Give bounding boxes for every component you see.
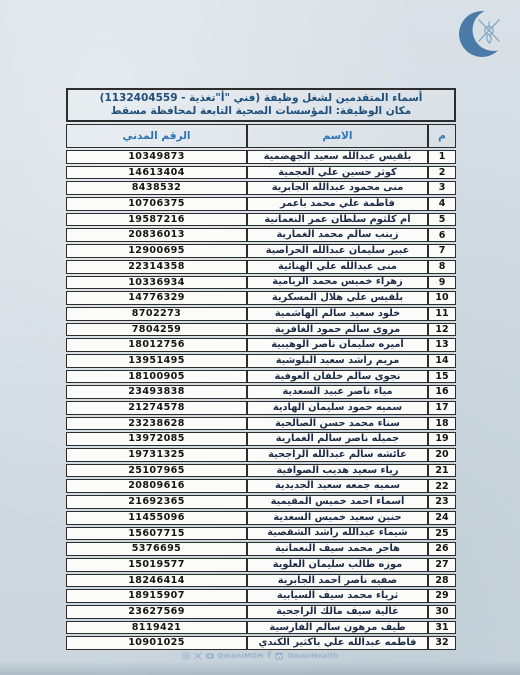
table-row: 15 نجوى سالم خلفان العوفية 18100905: [66, 370, 456, 384]
row-number: 32: [428, 636, 456, 650]
row-civil-id: 11455096: [66, 511, 247, 525]
table-row: 25 شيماء عبدالله راشد الشقصية 15607715: [66, 527, 456, 541]
table-row: 3 منى محمود عبدالله الجابرية 8438532: [66, 181, 456, 195]
linkedin-icon: [275, 652, 283, 660]
table-row: 12 مروى سالم حمود الغافرية 7804259: [66, 323, 456, 337]
table-row: 20 عائشه سالم عبدالله الراجحية 19731325: [66, 448, 456, 462]
row-civil-id: 10901025: [66, 636, 247, 650]
column-header-civil-id: الرقم المدني: [66, 124, 247, 148]
instagram-icon: [182, 652, 190, 660]
row-name: مريم راشد سعيد البلوشية: [247, 354, 428, 368]
row-name: صفيه ناصر احمد الجابرية: [247, 574, 428, 588]
row-civil-id: 20836013: [66, 228, 247, 242]
row-name: عائشه سالم عبدالله الراجحية: [247, 448, 428, 462]
row-number: 3: [428, 181, 456, 195]
row-name: بلقيس علي هلال المسكرية: [247, 291, 428, 305]
row-number: 17: [428, 401, 456, 415]
row-number: 25: [428, 527, 456, 541]
row-civil-id: 19731325: [66, 448, 247, 462]
row-civil-id: 25107965: [66, 464, 247, 478]
table-row: 1 بلقيس عبدالله سعيد الجهضمية 10349873: [66, 150, 456, 164]
row-name: أسماء احمد خميس المقيمية: [247, 495, 428, 509]
table-row: 11 خلود سعيد سالم الهاشمية 8702273: [66, 307, 456, 321]
row-number: 7: [428, 244, 456, 258]
document-title-box: أسماء المتقدمين لشغل وظيفة (فني "أ"تغذية…: [66, 88, 456, 122]
row-number: 13: [428, 338, 456, 352]
moh-oman-logo: [458, 7, 511, 60]
table-row: 6 زينب سالم محمد الغمارية 20836013: [66, 228, 456, 242]
table-row: 8 منى عبدالله علي الهنائية 22314358: [66, 260, 456, 274]
table-row: 5 أم كلثوم سلطان عمر النعمانية 19587216: [66, 213, 456, 227]
row-number: 19: [428, 432, 456, 446]
row-civil-id: 7804259: [66, 323, 247, 337]
row-civil-id: 18246414: [66, 574, 247, 588]
row-number: 18: [428, 417, 456, 431]
row-number: 1: [428, 150, 456, 164]
youtube-icon: [206, 652, 214, 660]
table-row: 7 عبير سليمان عبدالله الحراصية 12900695: [66, 244, 456, 258]
table-row: 2 كوثر حسين علي العجمية 14613404: [66, 166, 456, 180]
row-number: 4: [428, 197, 456, 211]
row-civil-id: 21692365: [66, 495, 247, 509]
row-civil-id: 19587216: [66, 213, 247, 227]
row-number: 29: [428, 589, 456, 603]
row-name: مروى سالم حمود الغافرية: [247, 323, 428, 337]
row-number: 10: [428, 291, 456, 305]
row-civil-id: 23627569: [66, 605, 247, 619]
row-number: 24: [428, 511, 456, 525]
applicants-table: م الاسم الرقم المدني 1 بلقيس عبدالله سعي…: [66, 122, 456, 652]
row-civil-id: 14776329: [66, 291, 247, 305]
table-row: 28 صفيه ناصر احمد الجابرية 18246414: [66, 574, 456, 588]
row-name: أم كلثوم سلطان عمر النعمانية: [247, 213, 428, 227]
table-row: 29 ثرياء محمد سيف السيابية 18915907: [66, 589, 456, 603]
row-number: 27: [428, 558, 456, 572]
table-row: 21 رياء سعيد هديب الصوافية 25107965: [66, 464, 456, 478]
column-header-index: م: [428, 124, 456, 148]
crescent-icon: [458, 7, 511, 60]
row-civil-id: 18012756: [66, 338, 247, 352]
table-row: 27 موزه طالب سليمان العلوية 15019577: [66, 558, 456, 572]
row-civil-id: 22314358: [66, 260, 247, 274]
row-number: 16: [428, 385, 456, 399]
row-number: 28: [428, 574, 456, 588]
row-number: 14: [428, 354, 456, 368]
row-civil-id: 18100905: [66, 370, 247, 384]
row-name: شيماء عبدالله راشد الشقصية: [247, 527, 428, 541]
row-name: طيف مرهون سالم الفارسية: [247, 621, 428, 635]
table-row: 32 فاطمه عبدالله علي باكثير الكندي 10901…: [66, 636, 456, 650]
row-number: 20: [428, 448, 456, 462]
social-media-bar: OmaniMOH f OmanHealth: [0, 649, 520, 663]
table-row: 10 بلقيس علي هلال المسكرية 14776329: [66, 291, 456, 305]
row-civil-id: 12900695: [66, 244, 247, 258]
table-row: 14 مريم راشد سعيد البلوشية 13951495: [66, 354, 456, 368]
table-row: 26 هاجر محمد سيف النعمانية 5376695: [66, 542, 456, 556]
row-civil-id: 5376695: [66, 542, 247, 556]
row-number: 23: [428, 495, 456, 509]
row-number: 11: [428, 307, 456, 321]
row-name: عبير سليمان عبدالله الحراصية: [247, 244, 428, 258]
row-number: 6: [428, 228, 456, 242]
row-name: سميه حمود سليمان الهادية: [247, 401, 428, 415]
row-civil-id: 10349873: [66, 150, 247, 164]
row-civil-id: 23493838: [66, 385, 247, 399]
moh-social-handle: OmaniMOH: [218, 652, 264, 660]
row-name: غالية سيف مالك الراجحية: [247, 605, 428, 619]
row-civil-id: 10336934: [66, 276, 247, 290]
row-civil-id: 15607715: [66, 527, 247, 541]
table-row: 13 أميره سليمان ناصر الوهيبية 18012756: [66, 338, 456, 352]
table-row: 22 سميه جمعه سعيد الجديدية 20809616: [66, 479, 456, 493]
table-row: 23 أسماء احمد خميس المقيمية 21692365: [66, 495, 456, 509]
row-name: فاطمه عبدالله علي باكثير الكندي: [247, 636, 428, 650]
row-name: كوثر حسين علي العجمية: [247, 166, 428, 180]
row-number: 21: [428, 464, 456, 478]
table-row: 30 غالية سيف مالك الراجحية 23627569: [66, 605, 456, 619]
row-civil-id: 20809616: [66, 479, 247, 493]
row-number: 31: [428, 621, 456, 635]
title-line-2: مكان الوظيفة: المؤسسات الصحية التابعة لم…: [111, 105, 412, 118]
row-name: منى محمود عبدالله الجابرية: [247, 181, 428, 195]
row-name: منى عبدالله علي الهنائية: [247, 260, 428, 274]
row-name: بلقيس عبدالله سعيد الجهضمية: [247, 150, 428, 164]
row-number: 15: [428, 370, 456, 384]
row-name: خلود سعيد سالم الهاشمية: [247, 307, 428, 321]
table-row: 4 فاطمة علي محمد باعمر 10706375: [66, 197, 456, 211]
table-row: 24 حنين سعيد خميس السعدية 11455096: [66, 511, 456, 525]
table-row: 31 طيف مرهون سالم الفارسية 8119421: [66, 621, 456, 635]
row-name: زهراء خميس محمد الريامية: [247, 276, 428, 290]
row-name: سناء محمد حسن الصالحية: [247, 417, 428, 431]
row-civil-id: 14613404: [66, 166, 247, 180]
row-name: فاطمة علي محمد باعمر: [247, 197, 428, 211]
row-civil-id: 13972085: [66, 432, 247, 446]
row-number: 22: [428, 479, 456, 493]
row-civil-id: 18915907: [66, 589, 247, 603]
row-name: جميله ناصر سالم الغمارية: [247, 432, 428, 446]
row-name: زينب سالم محمد الغمارية: [247, 228, 428, 242]
document-page: { "logo": { "icon": "moh-oman-crescent-l…: [0, 0, 520, 675]
row-civil-id: 23238628: [66, 417, 247, 431]
table-header-row: م الاسم الرقم المدني: [66, 124, 456, 148]
row-name: ثرياء محمد سيف السيابية: [247, 589, 428, 603]
table-row: 17 سميه حمود سليمان الهادية 21274578: [66, 401, 456, 415]
row-name: رياء سعيد هديب الصوافية: [247, 464, 428, 478]
row-name: أميره سليمان ناصر الوهيبية: [247, 338, 428, 352]
row-civil-id: 8119421: [66, 621, 247, 635]
table-row: 19 جميله ناصر سالم الغمارية 13972085: [66, 432, 456, 446]
row-civil-id: 10706375: [66, 197, 247, 211]
applicants-document: أسماء المتقدمين لشغل وظيفة (فني "أ"تغذية…: [66, 88, 456, 652]
row-civil-id: 15019577: [66, 558, 247, 572]
row-civil-id: 8438532: [66, 181, 247, 195]
row-civil-id: 13951495: [66, 354, 247, 368]
title-line-1: أسماء المتقدمين لشغل وظيفة (فني "أ"تغذية…: [100, 92, 423, 105]
row-number: 5: [428, 213, 456, 227]
row-number: 9: [428, 276, 456, 290]
health-social-handle: OmanHealth: [287, 652, 338, 660]
row-civil-id: 8702273: [66, 307, 247, 321]
row-number: 12: [428, 323, 456, 337]
row-number: 26: [428, 542, 456, 556]
column-header-name: الاسم: [247, 124, 428, 148]
table-row: 9 زهراء خميس محمد الريامية 10336934: [66, 276, 456, 290]
applicants-tbody: 1 بلقيس عبدالله سعيد الجهضمية 10349873 2…: [66, 150, 456, 650]
table-row: 16 مياء ناصر عبيد السعدية 23493838: [66, 385, 456, 399]
row-name: موزه طالب سليمان العلوية: [247, 558, 428, 572]
row-name: نجوى سالم خلفان العوفية: [247, 370, 428, 384]
row-name: مياء ناصر عبيد السعدية: [247, 385, 428, 399]
row-number: 8: [428, 260, 456, 274]
row-number: 2: [428, 166, 456, 180]
table-row: 18 سناء محمد حسن الصالحية 23238628: [66, 417, 456, 431]
row-civil-id: 21274578: [66, 401, 247, 415]
row-name: هاجر محمد سيف النعمانية: [247, 542, 428, 556]
row-name: سميه جمعه سعيد الجديدية: [247, 479, 428, 493]
row-name: حنين سعيد خميس السعدية: [247, 511, 428, 525]
row-number: 30: [428, 605, 456, 619]
x-icon: [194, 652, 202, 660]
facebook-icon: f: [267, 652, 271, 660]
